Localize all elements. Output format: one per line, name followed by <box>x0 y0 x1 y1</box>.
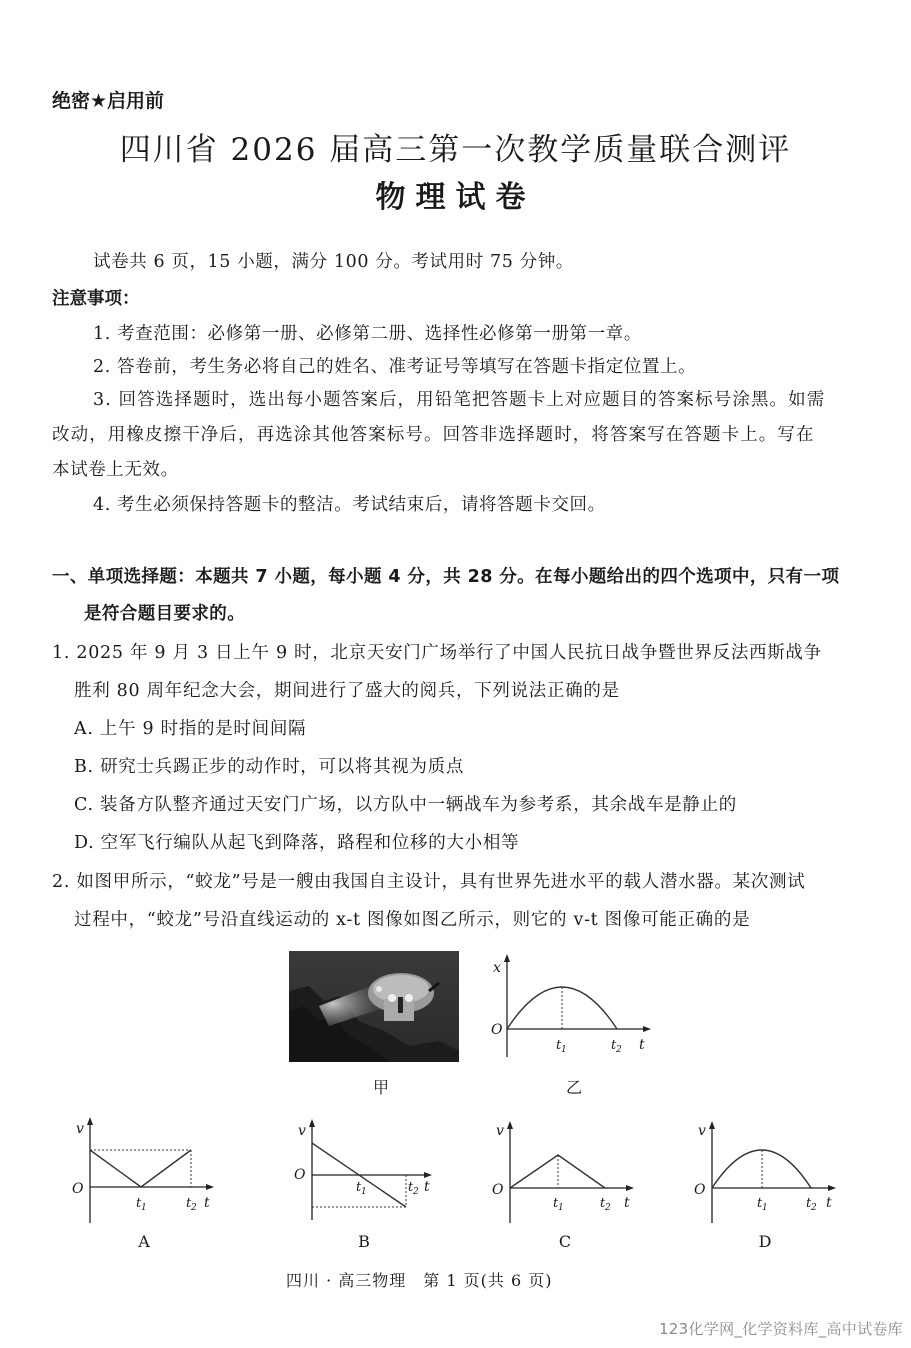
figure-yi-xt-graph: x O t1 t2 t <box>485 952 655 1066</box>
svg-text:1: 1 <box>561 1045 567 1055</box>
question-1-option-b: B. 研究士兵踢正步的动作时，可以将其视为质点 <box>74 753 464 778</box>
question-1-option-c: C. 装备方队整齐通过天安门广场，以方队中一辆战车为参考系，其余战车是静止的 <box>74 791 737 816</box>
option-a-label: A <box>124 1232 164 1251</box>
svg-text:t: t <box>639 1037 645 1053</box>
question-1-option-a: A. 上午 9 时指的是时间间隔 <box>74 715 306 740</box>
option-b-label: B <box>344 1232 384 1251</box>
svg-text:v: v <box>698 1123 706 1139</box>
figure-yi-label: 乙 <box>554 1075 594 1098</box>
x-axis-label: x <box>493 960 501 976</box>
option-b-graph: v O t1 t2 t <box>290 1115 450 1229</box>
svg-text:O: O <box>491 1022 503 1038</box>
section-heading-cont: 是符合题目要求的。 <box>84 600 245 625</box>
svg-text:1: 1 <box>558 1203 564 1213</box>
option-d-graph: v O t1 t2 t <box>690 1115 850 1229</box>
svg-text:2: 2 <box>412 1187 419 1197</box>
question-2-stem: 2. 如图甲所示，“蛟龙”号是一艘由我国自主设计，具有世界先进水平的载人潜水器。… <box>52 868 805 893</box>
svg-text:1: 1 <box>361 1187 367 1197</box>
watermark: 123化学网_化学资料库_高中试卷库 <box>659 1318 903 1339</box>
option-d-label: D <box>745 1232 785 1251</box>
option-c-label: C <box>545 1232 585 1251</box>
page-footer: 四川 · 高三物理 第 1 页(共 6 页) <box>286 1268 552 1291</box>
question-1-option-d: D. 空军飞行编队从起飞到降落，路程和位移的大小相等 <box>74 829 519 854</box>
question-1-stem: 1. 2025 年 9 月 3 日上午 9 时，北京天安门广场举行了中国人民抗日… <box>52 639 822 664</box>
question-1-stem-cont: 胜利 80 周年纪念大会，期间进行了盛大的阅兵，下列说法正确的是 <box>74 677 620 702</box>
svg-text:2: 2 <box>190 1203 197 1213</box>
option-c-graph: v O t1 t2 t <box>488 1115 648 1229</box>
svg-text:v: v <box>496 1123 504 1139</box>
notice-heading: 注意事项： <box>52 285 140 310</box>
svg-text:t: t <box>624 1195 630 1211</box>
svg-text:O: O <box>694 1182 706 1198</box>
svg-text:O: O <box>72 1181 84 1197</box>
subject-title: 物理试卷 <box>0 172 911 216</box>
notice-item-1: 1. 考查范围：必修第一册、必修第二册、选择性必修第一册第一章。 <box>93 320 642 345</box>
exam-title: 四川省 2026 届高三第一次教学质量联合测评 <box>0 124 911 169</box>
svg-text:O: O <box>492 1182 504 1198</box>
option-a-graph: v O t1 t2 t <box>68 1115 228 1229</box>
notice-item-3: 3. 回答选择题时，选出每小题答案后，用铅笔把答题卡上对应题目的答案标号涂黑。如… <box>93 386 825 411</box>
notice-item-3-end: 本试卷上无效。 <box>52 456 179 481</box>
notice-item-4: 4. 考生必须保持答题卡的整洁。考试结束后，请将答题卡交回。 <box>93 491 606 516</box>
svg-text:1: 1 <box>141 1203 147 1213</box>
svg-text:2: 2 <box>810 1203 817 1213</box>
svg-text:2: 2 <box>604 1203 611 1213</box>
svg-text:O: O <box>294 1167 306 1183</box>
figure-jia-label: 甲 <box>361 1075 401 1098</box>
section-heading: 一、单项选择题：本题共 7 小题，每小题 4 分，共 28 分。在每小题给出的四… <box>52 563 839 588</box>
confidential-label: 绝密★启用前 <box>52 86 164 113</box>
svg-text:t: t <box>826 1195 832 1211</box>
submarine-photo <box>289 951 459 1062</box>
svg-text:v: v <box>298 1123 306 1139</box>
svg-text:t: t <box>424 1179 430 1195</box>
svg-text:t: t <box>204 1195 210 1211</box>
question-2-stem-cont: 过程中，“蛟龙”号沿直线运动的 x-t 图像如图乙所示，则它的 v-t 图像可能… <box>74 906 750 931</box>
exam-intro: 试卷共 6 页，15 小题，满分 100 分。考试用时 75 分钟。 <box>93 248 574 273</box>
svg-text:1: 1 <box>762 1203 768 1213</box>
notice-item-3-cont: 改动，用橡皮擦干净后，再选涂其他答案标号。回答非选择题时，将答案写在答题卡上。写… <box>52 421 815 446</box>
notice-item-2: 2. 答卷前，考生务必将自己的姓名、准考证号等填写在答题卡指定位置上。 <box>93 353 696 378</box>
svg-text:2: 2 <box>615 1045 622 1055</box>
svg-text:v: v <box>76 1121 84 1137</box>
